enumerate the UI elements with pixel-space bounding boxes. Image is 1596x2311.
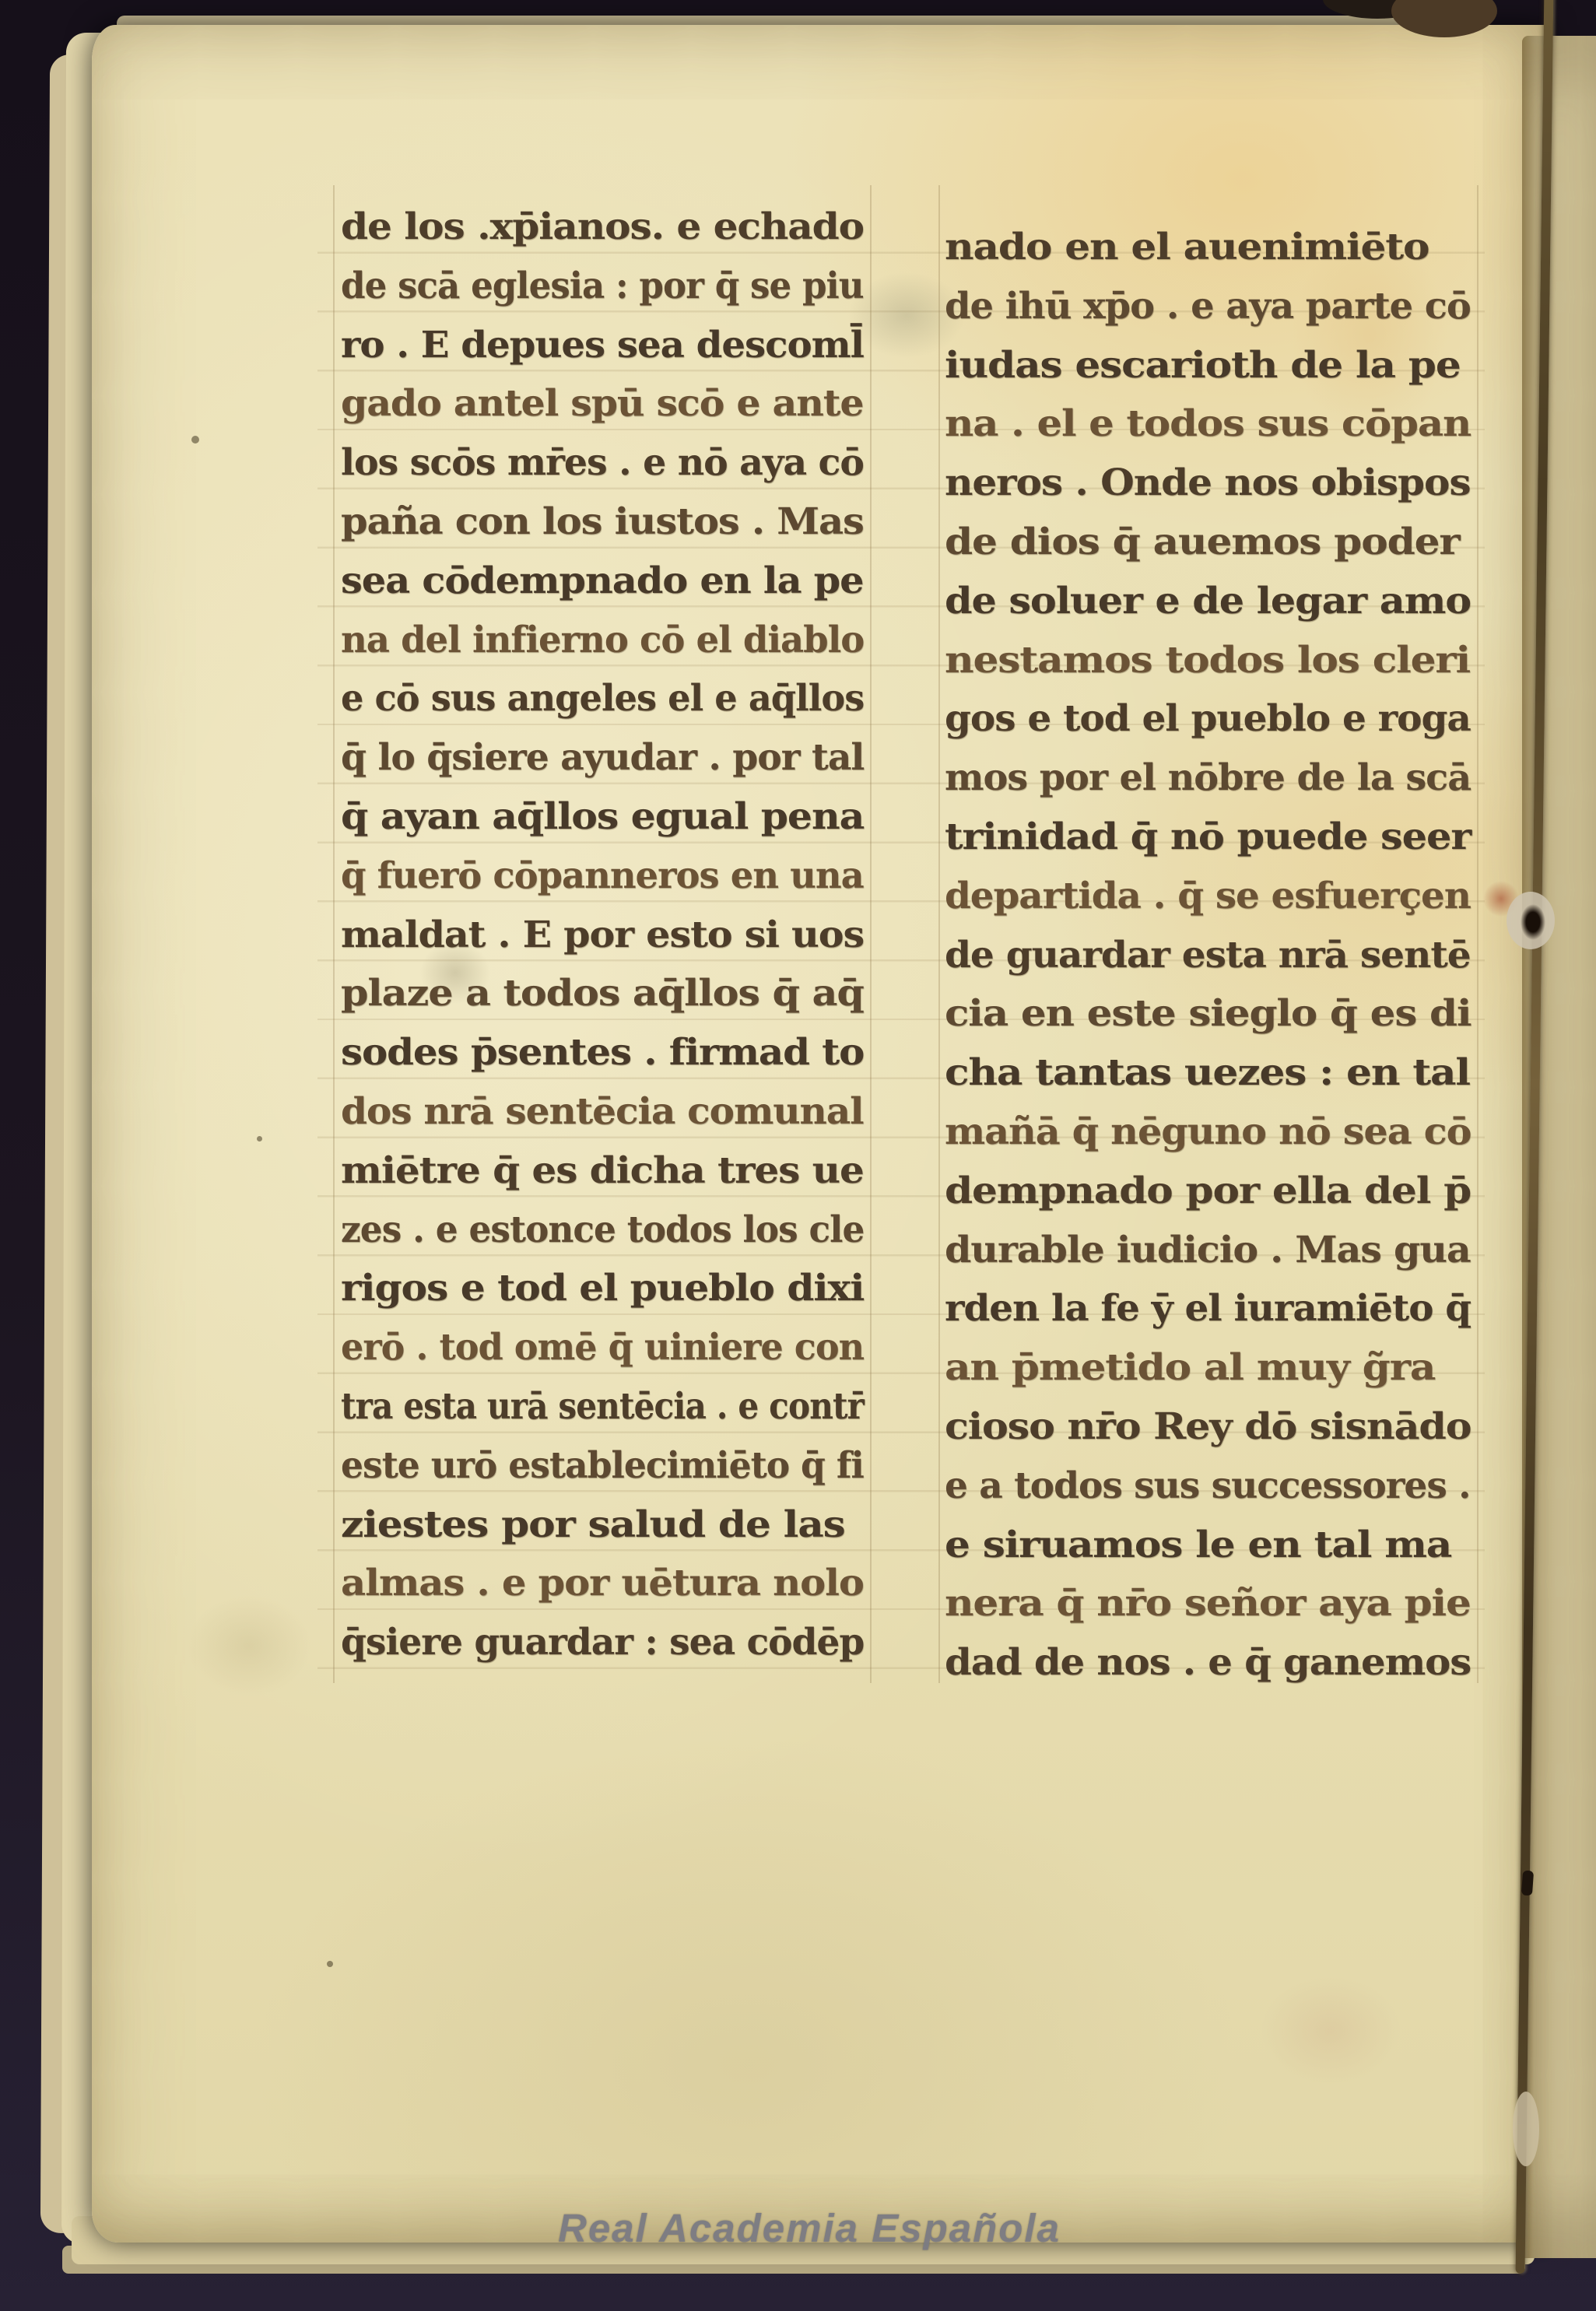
watermark: Real Academia Española <box>482 2205 1136 2251</box>
manuscript-line: neros . Onde nos obispos <box>945 452 1471 511</box>
ink-fleck <box>327 1961 333 1967</box>
manuscript-line: nado en el auenimiēto <box>945 216 1471 275</box>
sewing-hole <box>1521 904 1545 940</box>
manuscript-line: zes . e estonce todos los cle <box>341 1199 864 1258</box>
manuscript-line: e siruamos le en tal ma <box>945 1514 1471 1573</box>
manuscript-line: gos e tod el pueblo e roga <box>945 688 1471 747</box>
manuscript-line: nera q̄ nr̄o señor aya pie <box>945 1573 1471 1632</box>
vertical-ruling-line <box>870 185 872 1683</box>
manuscript-line: mañā q̄ nēguno nō sea cō <box>945 1101 1471 1160</box>
manuscript-line: nestamos todos los cleri <box>945 629 1471 689</box>
manuscript-line: almas . e por uētura nolo <box>341 1552 864 1611</box>
manuscript-line: sodes p̄sentes . firmad to <box>341 1022 864 1081</box>
manuscript-line: tra esta urā sentēcia . e contr̄ <box>341 1376 864 1435</box>
manuscript-line: q̄ lo q̄siere ayudar . por tal <box>341 727 864 786</box>
manuscript-line: de los .xp̄ianos. e echado <box>341 196 864 255</box>
manuscript-line: sea cōdempnado en la pe <box>341 550 864 609</box>
manuscript-photo: de los .xp̄ianos. e echadode scā eglesia… <box>0 0 1596 2311</box>
manuscript-line: los scōs mr̄es . e nō aya cō <box>341 432 864 491</box>
manuscript-line: de scā eglesia : por q̄ se piu <box>341 255 864 314</box>
manuscript-line: rigos e tod el pueblo dixi <box>341 1257 864 1317</box>
manuscript-line: mos por el nōbre de la scā <box>945 747 1471 806</box>
manuscript-line: ro . E depues sea descoml̄ <box>341 314 864 373</box>
manuscript-line: gado antel spū scō e ante <box>341 373 864 432</box>
manuscript-line: miētre q̄ es dicha tres ue <box>341 1140 864 1199</box>
manuscript-line: iudas escarioth de la pe <box>945 335 1471 394</box>
manuscript-line: ziestes por salud de las <box>341 1494 864 1553</box>
manuscript-line: erō . tod omē q̄ uiniere con <box>341 1317 864 1376</box>
manuscript-line: dad de nos . e q̄ ganemos <box>945 1632 1471 1691</box>
vertical-ruling-line <box>333 185 335 1683</box>
manuscript-line: maldat . E por esto si uos <box>341 904 864 963</box>
text-column-left: de los .xp̄ianos. e echadode scā eglesia… <box>341 196 864 1671</box>
manuscript-line: este urō establecimiēto q̄ fi <box>341 1435 864 1494</box>
manuscript-line: de ihū xp̄o . e aya parte cō <box>945 275 1471 335</box>
manuscript-line: cha tantas uezes : en tal <box>945 1042 1471 1101</box>
vertical-ruling-line <box>1477 185 1478 1683</box>
manuscript-line: dos nrā sentēcia comunal <box>341 1081 864 1140</box>
manuscript-line: departida . q̄ se esfuerçen <box>945 865 1471 924</box>
manuscript-line: e a todos sus successores . <box>945 1455 1471 1514</box>
manuscript-line: paña con los iustos . Mas <box>341 491 864 550</box>
manuscript-line: q̄ fuerō cōpanneros en una <box>341 845 864 904</box>
manuscript-line: de dios q̄ auemos poder <box>945 511 1471 570</box>
ink-fleck <box>257 1136 262 1141</box>
sewing-thread <box>1513 2092 1539 2166</box>
vertical-ruling-line <box>938 185 940 1683</box>
ink-fleck <box>191 436 199 444</box>
manuscript-line: e cō sus angeles el e aq̄llos <box>341 668 864 727</box>
manuscript-line: durable iudicio . Mas gua <box>945 1219 1471 1278</box>
manuscript-line: trinidad q̄ nō puede seer <box>945 806 1471 865</box>
manuscript-line: q̄ ayan aq̄llos egual pena <box>341 786 864 845</box>
manuscript-line: na del infierno cō el diablo <box>341 609 864 668</box>
manuscript-line: plaze a todos aq̄llos q̄ aq̄ <box>341 963 864 1022</box>
manuscript-line: dempnado por ella del p̄ <box>945 1160 1471 1219</box>
manuscript-line: na . el e todos sus cōpan <box>945 393 1471 452</box>
manuscript-line: q̄siere guardar : sea cōdēp <box>341 1611 864 1671</box>
manuscript-line: cia en este sieglo q̄ es di <box>945 983 1471 1042</box>
sewing-hole <box>1521 1871 1534 1896</box>
manuscript-line: de soluer e de legar amo <box>945 570 1471 629</box>
manuscript-line: cioso nr̄o Rey dō sisnādo <box>945 1396 1471 1455</box>
manuscript-line: rden la fe ȳ el iuramiēto q̄ <box>945 1278 1471 1337</box>
manuscript-line: de guardar esta nrā sentē <box>945 924 1471 984</box>
manuscript-line: an p̄metido al muy g̃ra <box>945 1337 1471 1396</box>
text-column-right: nado en el auenimiētode ihū xp̄o . e aya… <box>945 216 1471 1691</box>
